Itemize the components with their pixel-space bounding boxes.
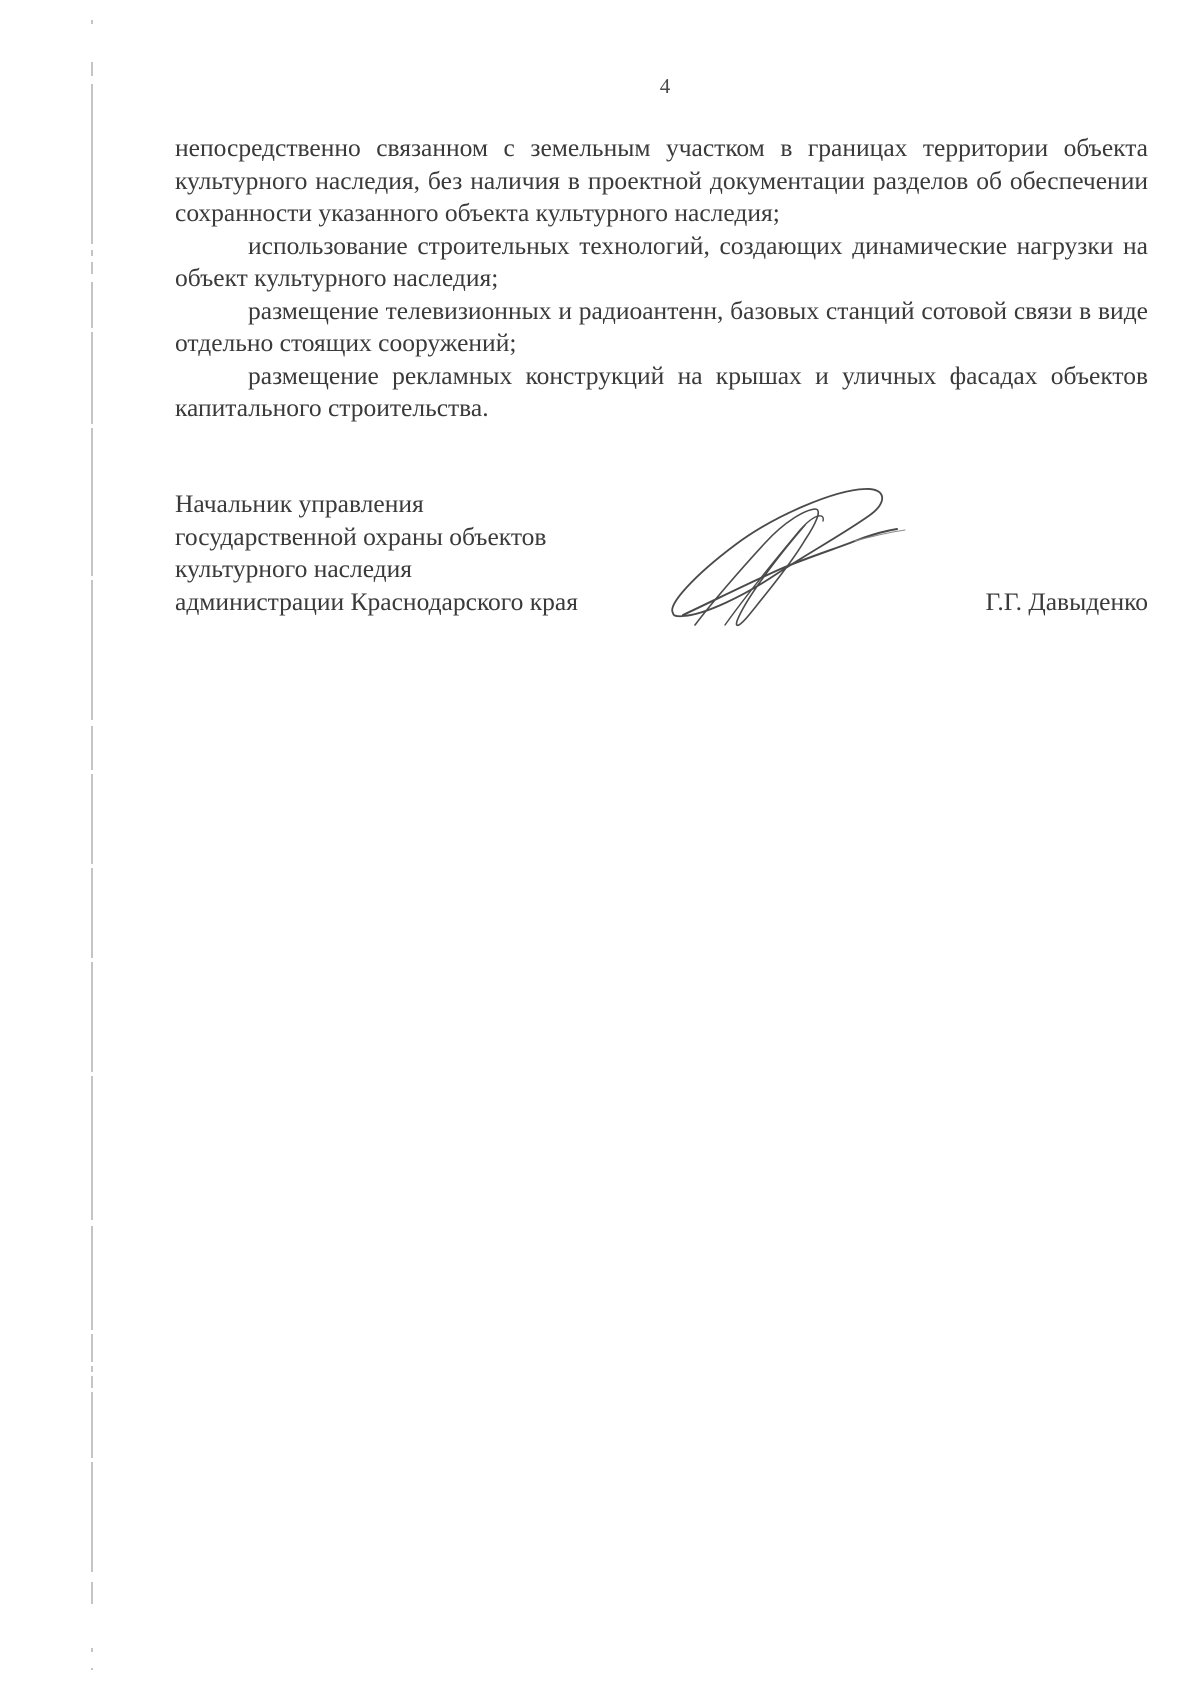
signer-title-line: Начальник управления: [175, 488, 578, 521]
page-number: 4: [0, 74, 1200, 99]
signer-title-line: государственной охраны объектов: [175, 521, 578, 554]
signer-name: Г.Г. Давыденко: [985, 586, 1148, 619]
paragraph-antennas: размещение телевизионных и радиоантенн, …: [175, 295, 1148, 360]
signature-block: Начальник управления государственной охр…: [175, 488, 1148, 668]
signer-title-line: администрации Краснодарского края: [175, 586, 578, 619]
paragraph-advertising: размещение рекламных конструкций на крыш…: [175, 360, 1148, 425]
handwritten-signature-icon: [665, 485, 925, 635]
scan-edge-line: [91, 0, 93, 1698]
signer-title: Начальник управления государственной охр…: [175, 488, 578, 618]
signer-title-line: культурного наследия: [175, 553, 578, 586]
paragraph-construction-technologies: использование строительных технологий, с…: [175, 230, 1148, 295]
paragraph-continuation: непосредственно связанном с земельным уч…: [175, 132, 1148, 230]
document-body: непосредственно связанном с земельным уч…: [175, 132, 1148, 425]
